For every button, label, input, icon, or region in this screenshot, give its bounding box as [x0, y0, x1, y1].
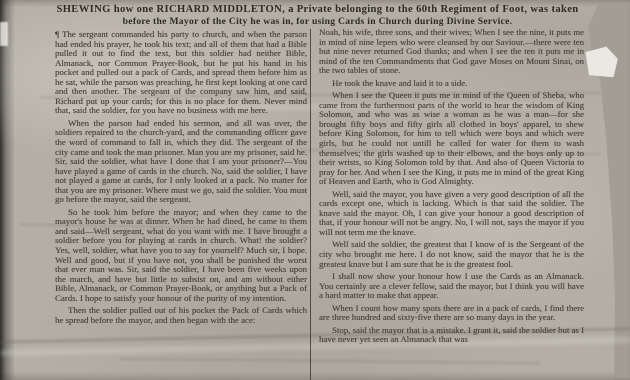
paragraph: I shall now show your honour how I use t…	[319, 272, 584, 301]
right-column: Noah, his wife, three sons, and their wi…	[319, 28, 584, 348]
paper-crease	[120, 358, 540, 364]
paragraph: Stop, said the mayor that is a mistake. …	[319, 326, 584, 345]
left-column: ¶ The sergeant commanded his party to ch…	[55, 30, 307, 328]
paragraph: When I see the Queen it puts me in mind …	[319, 91, 584, 186]
paragraph: Then the soldier pulled out of his pocke…	[55, 306, 307, 325]
left-edge-notch	[0, 22, 8, 46]
paragraph: So he took him before the mayor; and whe…	[55, 208, 307, 303]
paragraph: When the parson had ended his sermon, an…	[55, 119, 307, 205]
paragraph: When I count how many spots there are in…	[319, 304, 584, 323]
title-line-1: SHEWING how one RICHARD MIDDLETON, a Pri…	[55, 4, 580, 16]
column-divider-rule	[310, 29, 311, 380]
document-title: SHEWING how one RICHARD MIDDLETON, a Pri…	[55, 4, 580, 28]
paragraph: Well, said the mayor, you have given a v…	[319, 190, 584, 238]
paragraph: ¶ The sergeant commanded his party to ch…	[55, 30, 307, 116]
paragraph: He took the knave and laid it to a side.	[319, 79, 584, 89]
paragraph: Noah, his wife, three sons, and their wi…	[319, 28, 584, 76]
scanned-document-page: SHEWING how one RICHARD MIDDLETON, a Pri…	[0, 0, 630, 380]
paragraph: Well said the soldier, the greatest that…	[319, 240, 584, 269]
